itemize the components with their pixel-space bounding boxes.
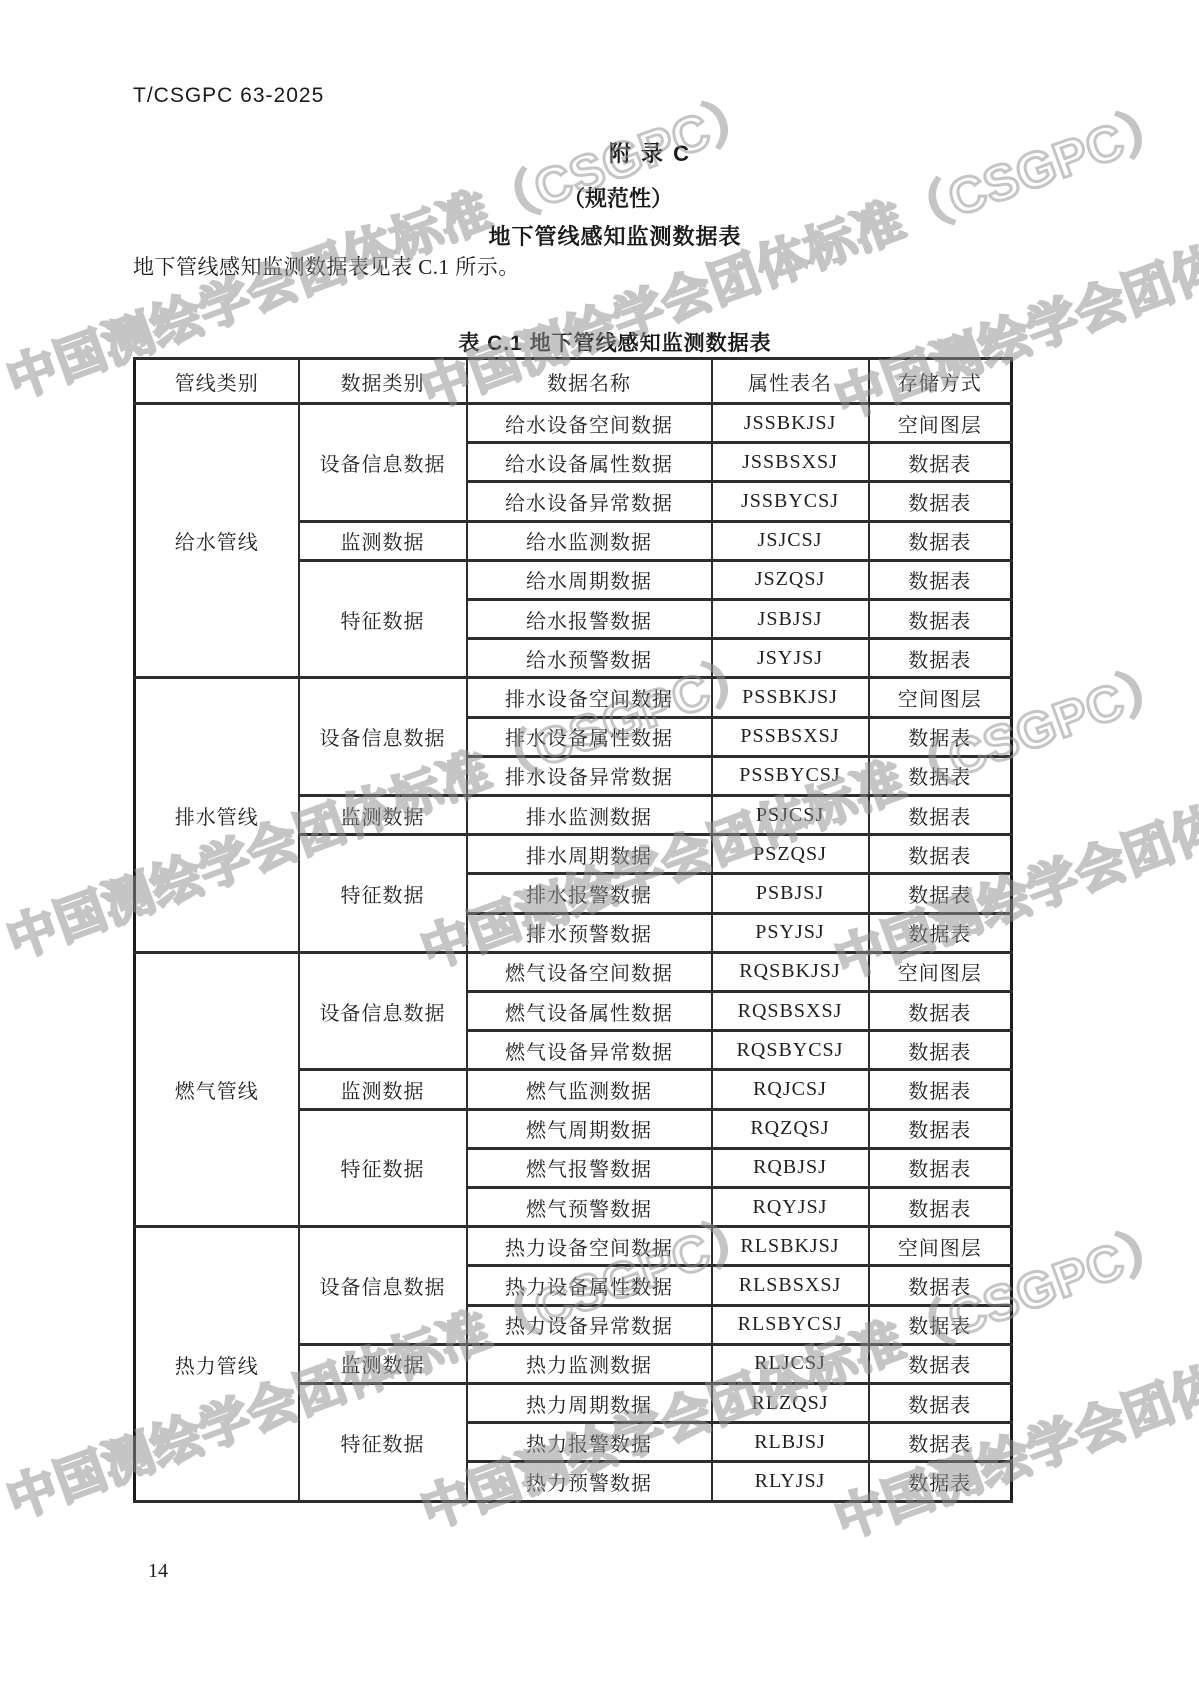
table-name-cell: RQSBYCSJ xyxy=(712,1031,869,1070)
category-cell: 监测数据 xyxy=(299,796,467,835)
table-name-cell: PSJCSJ xyxy=(712,796,869,835)
table-name-cell: PSSBKJSJ xyxy=(712,678,869,717)
storage-cell: 数据表 xyxy=(869,639,1012,678)
table-name-cell: PSZQSJ xyxy=(712,835,869,874)
table-caption: 表 C.1 地下管线感知监测数据表 xyxy=(0,327,1199,357)
table-name-cell: RLZQSJ xyxy=(712,1384,869,1423)
pipeline-cell: 热力管线 xyxy=(135,1227,299,1502)
column-header: 属性表名 xyxy=(712,359,869,404)
data-name-cell: 给水监测数据 xyxy=(467,521,712,560)
data-name-cell: 给水设备空间数据 xyxy=(467,404,712,443)
category-cell: 设备信息数据 xyxy=(299,404,467,522)
table-row: 燃气管线设备信息数据燃气设备空间数据RQSBKJSJ空间图层 xyxy=(135,952,1012,991)
data-name-cell: 排水报警数据 xyxy=(467,874,712,913)
category-cell: 监测数据 xyxy=(299,1070,467,1109)
table-name-cell: JSYJSJ xyxy=(712,639,869,678)
table-name-cell: PSYJSJ xyxy=(712,913,869,952)
table-name-cell: RQYJSJ xyxy=(712,1188,869,1227)
storage-cell: 数据表 xyxy=(869,1344,1012,1383)
storage-cell: 空间图层 xyxy=(869,1227,1012,1266)
storage-cell: 数据表 xyxy=(869,1305,1012,1344)
table-name-cell: RQSBSXSJ xyxy=(712,992,869,1031)
data-name-cell: 燃气设备属性数据 xyxy=(467,992,712,1031)
data-name-cell: 燃气设备空间数据 xyxy=(467,952,712,991)
storage-cell: 数据表 xyxy=(869,756,1012,795)
table-name-cell: JSSBSXSJ xyxy=(712,443,869,482)
column-header: 管线类别 xyxy=(135,359,299,404)
category-cell: 监测数据 xyxy=(299,521,467,560)
storage-cell: 数据表 xyxy=(869,560,1012,599)
table-name-cell: JSSBKJSJ xyxy=(712,404,869,443)
table-name-cell: RLBJSJ xyxy=(712,1423,869,1462)
storage-cell: 数据表 xyxy=(869,913,1012,952)
category-cell: 设备信息数据 xyxy=(299,1227,467,1345)
table-name-cell: RLSBSXSJ xyxy=(712,1266,869,1305)
data-name-cell: 排水设备属性数据 xyxy=(467,717,712,756)
table-name-cell: RQBJSJ xyxy=(712,1148,869,1187)
category-cell: 设备信息数据 xyxy=(299,678,467,796)
storage-cell: 数据表 xyxy=(869,443,1012,482)
pipeline-cell: 燃气管线 xyxy=(135,952,299,1226)
pipeline-cell: 排水管线 xyxy=(135,678,299,952)
table-name-cell: RQJCSJ xyxy=(712,1070,869,1109)
category-cell: 监测数据 xyxy=(299,1344,467,1383)
storage-cell: 数据表 xyxy=(869,521,1012,560)
data-name-cell: 热力设备属性数据 xyxy=(467,1266,712,1305)
column-header: 数据类别 xyxy=(299,359,467,404)
storage-cell: 数据表 xyxy=(869,1462,1012,1502)
data-name-cell: 给水预警数据 xyxy=(467,639,712,678)
storage-cell: 数据表 xyxy=(869,992,1012,1031)
appendix-id: 附 录 C xyxy=(0,137,1199,168)
data-name-cell: 给水设备属性数据 xyxy=(467,443,712,482)
storage-cell: 数据表 xyxy=(869,482,1012,521)
appendix-title: 地下管线感知监测数据表 xyxy=(0,220,1199,251)
data-name-cell: 燃气预警数据 xyxy=(467,1188,712,1227)
data-name-cell: 热力设备空间数据 xyxy=(467,1227,712,1266)
storage-cell: 数据表 xyxy=(869,1148,1012,1187)
data-name-cell: 排水预警数据 xyxy=(467,913,712,952)
storage-cell: 数据表 xyxy=(869,717,1012,756)
category-cell: 特征数据 xyxy=(299,835,467,953)
data-name-cell: 热力报警数据 xyxy=(467,1423,712,1462)
standard-number: T/CSGPC 63-2025 xyxy=(133,84,324,108)
data-name-cell: 排水周期数据 xyxy=(467,835,712,874)
table-name-cell: RLYJSJ xyxy=(712,1462,869,1502)
storage-cell: 数据表 xyxy=(869,835,1012,874)
table-name-cell: RQSBKJSJ xyxy=(712,952,869,991)
data-name-cell: 给水周期数据 xyxy=(467,560,712,599)
storage-cell: 数据表 xyxy=(869,1266,1012,1305)
data-name-cell: 热力周期数据 xyxy=(467,1384,712,1423)
table-row: 热力管线设备信息数据热力设备空间数据RLSBKJSJ空间图层 xyxy=(135,1227,1012,1266)
data-name-cell: 排水监测数据 xyxy=(467,796,712,835)
table-name-cell: RLSBYCSJ xyxy=(712,1305,869,1344)
table-name-cell: JSSBYCSJ xyxy=(712,482,869,521)
data-name-cell: 给水报警数据 xyxy=(467,600,712,639)
storage-cell: 数据表 xyxy=(869,1070,1012,1109)
table-header-row: 管线类别数据类别数据名称属性表名存储方式 xyxy=(135,359,1012,404)
table-name-cell: JSZQSJ xyxy=(712,560,869,599)
storage-cell: 数据表 xyxy=(869,1423,1012,1462)
storage-cell: 数据表 xyxy=(869,1384,1012,1423)
data-name-cell: 热力设备异常数据 xyxy=(467,1305,712,1344)
table-name-cell: PSSBSXSJ xyxy=(712,717,869,756)
data-name-cell: 燃气周期数据 xyxy=(467,1109,712,1148)
table-name-cell: PSBJSJ xyxy=(712,874,869,913)
category-cell: 设备信息数据 xyxy=(299,952,467,1070)
storage-cell: 数据表 xyxy=(869,1188,1012,1227)
pipeline-cell: 给水管线 xyxy=(135,404,299,678)
storage-cell: 数据表 xyxy=(869,1031,1012,1070)
storage-cell: 数据表 xyxy=(869,796,1012,835)
document-page: T/CSGPC 63-2025 附 录 C （规范性） 地下管线感知监测数据表 … xyxy=(0,0,1199,1696)
page-number: 14 xyxy=(148,1560,168,1583)
category-cell: 特征数据 xyxy=(299,1109,467,1227)
table-name-cell: RLJCSJ xyxy=(712,1344,869,1383)
table-name-cell: PSSBYCSJ xyxy=(712,756,869,795)
table-name-cell: JSBJSJ xyxy=(712,600,869,639)
monitoring-data-table: 管线类别数据类别数据名称属性表名存储方式 给水管线设备信息数据给水设备空间数据J… xyxy=(133,357,1013,1503)
data-name-cell: 排水设备空间数据 xyxy=(467,678,712,717)
data-name-cell: 燃气设备异常数据 xyxy=(467,1031,712,1070)
table-name-cell: RLSBKJSJ xyxy=(712,1227,869,1266)
data-name-cell: 热力预警数据 xyxy=(467,1462,712,1502)
column-header: 数据名称 xyxy=(467,359,712,404)
data-name-cell: 给水设备异常数据 xyxy=(467,482,712,521)
storage-cell: 空间图层 xyxy=(869,404,1012,443)
category-cell: 特征数据 xyxy=(299,1384,467,1502)
table-row: 排水管线设备信息数据排水设备空间数据PSSBKJSJ空间图层 xyxy=(135,678,1012,717)
storage-cell: 空间图层 xyxy=(869,678,1012,717)
table-row: 给水管线设备信息数据给水设备空间数据JSSBKJSJ空间图层 xyxy=(135,404,1012,443)
data-name-cell: 燃气监测数据 xyxy=(467,1070,712,1109)
data-name-cell: 热力监测数据 xyxy=(467,1344,712,1383)
table-name-cell: JSJCSJ xyxy=(712,521,869,560)
storage-cell: 数据表 xyxy=(869,600,1012,639)
category-cell: 特征数据 xyxy=(299,560,467,678)
table-name-cell: RQZQSJ xyxy=(712,1109,869,1148)
data-name-cell: 燃气报警数据 xyxy=(467,1148,712,1187)
data-name-cell: 排水设备异常数据 xyxy=(467,756,712,795)
storage-cell: 数据表 xyxy=(869,1109,1012,1148)
column-header: 存储方式 xyxy=(869,359,1012,404)
appendix-normative-label: （规范性） xyxy=(0,182,1199,213)
intro-paragraph: 地下管线感知监测数据表见表 C.1 所示。 xyxy=(133,251,520,281)
storage-cell: 数据表 xyxy=(869,874,1012,913)
storage-cell: 空间图层 xyxy=(869,952,1012,991)
